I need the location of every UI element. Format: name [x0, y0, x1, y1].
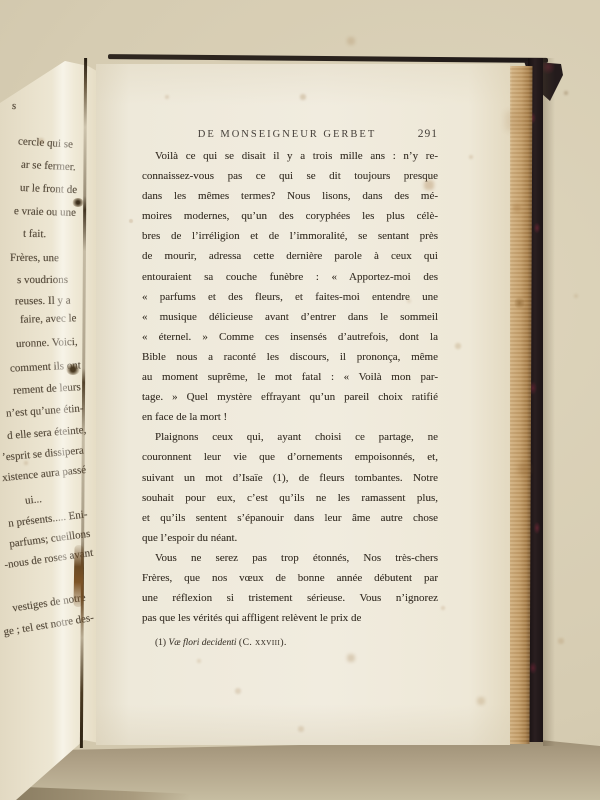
text-line: dans les mêmes termes? Nous lisons, dans…: [142, 186, 438, 206]
left-page-fragment: s voudrions: [17, 274, 68, 286]
footnote-reference: (C. xxviii).: [239, 638, 287, 648]
left-page-fragment: ui...: [25, 493, 43, 507]
left-page-fragment: n présents..... Eni-: [8, 508, 89, 529]
binding-thread-knot: [72, 198, 84, 207]
text-line: entouraient sa couche funèbre : « Apport…: [142, 267, 438, 287]
text-line: « parfums et des fleurs, et faites-moi e…: [142, 287, 438, 307]
left-page-fragment: ur le front de: [20, 182, 78, 196]
left-page-fragment: d elle sera éteinte,: [6, 424, 86, 442]
book-photo-scene: scercle qui sear se fermer.ur le front d…: [0, 0, 600, 800]
binding-stain: [73, 545, 83, 607]
left-page-fragment: uronne. Voici,: [16, 336, 78, 350]
running-head: DE MONSEIGNEUR GERBET 291: [142, 128, 438, 144]
text-line: bres de l’irréligion et de l’immoralité,…: [142, 226, 438, 246]
book-page: DE MONSEIGNEUR GERBET 291 Voilà ce qui s…: [96, 64, 510, 745]
text-line: souhait pour eux, c’est qu’ils ne les ra…: [142, 488, 438, 508]
left-page-fragment: t fait.: [23, 228, 46, 240]
binding-thread-knot: [66, 364, 80, 375]
text-line: couronnent leur vie que d’ornements empo…: [142, 447, 438, 467]
body-text: Voilà ce qui se disait il y a trois mill…: [142, 146, 438, 628]
left-page-fragment: n’est qu’une étin-: [6, 402, 84, 419]
left-page-fragment: ’esprit se dissipera: [2, 444, 85, 463]
text-line: Plaignons ceux qui, ayant choisi ce part…: [142, 427, 438, 447]
text-line: « musique délicieuse avant d’entrer dans…: [142, 307, 438, 327]
text-line: Vous ne serez pas trop étonnés, Nos très…: [142, 548, 438, 568]
text-line: au moment suprême, le mot fatal : « Voil…: [142, 367, 438, 387]
footnote-marker: (1): [155, 638, 166, 648]
text-line: que l’espoir du néant.: [142, 528, 438, 548]
running-title: DE MONSEIGNEUR GERBET: [142, 129, 398, 140]
text-line: suivant un mot d’Isaïe (1), de fleurs to…: [142, 468, 438, 488]
left-page-fragment: cercle qui se: [18, 135, 74, 150]
cover-shadow: [543, 58, 555, 746]
text-line: Frères, que nos vœux de bonne année débu…: [142, 568, 438, 588]
footnote: (1) Væ flori decidenti (C. xxviii).: [142, 638, 451, 648]
text-line: Bible nous a raconté les discours, il pr…: [142, 347, 438, 367]
footnote-latin: Væ flori decidenti: [168, 638, 236, 648]
text-line: Voilà ce qui se disait il y a trois mill…: [142, 146, 438, 166]
text-line: tage. » Quel mystère effrayant qu’un par…: [142, 387, 438, 407]
text-line: moires modernes, qu’un des coryphées les…: [142, 206, 438, 226]
left-page: scercle qui sear se fermer.ur le front d…: [0, 52, 102, 800]
left-page-fragment: Frères, une: [10, 252, 59, 264]
text-line: connaissez-vous pas ce qui se dit toujou…: [142, 166, 438, 186]
left-page-fragment: e vraie ou une: [14, 205, 76, 219]
text-line: pas que les vérités qui affligent relève…: [142, 608, 438, 628]
text-line: et qu’ils sentent s’épanouir dans leur â…: [142, 508, 438, 528]
left-page-fragment: faire, avec le: [19, 312, 76, 325]
left-page-fragment: xistence aura passé: [1, 464, 86, 484]
text-line: en face de la mort !: [142, 407, 438, 427]
left-page-fragment: rement de leurs: [13, 381, 81, 397]
left-page-fragment: reuses. Il y a: [15, 295, 71, 308]
text-line: une réflexion si tristement sérieuse. Vo…: [142, 588, 438, 608]
page-number: 291: [398, 128, 438, 140]
left-page-fragment: s: [11, 100, 16, 112]
text-line: de mourir, adressa cette dernière parole…: [142, 246, 438, 266]
left-page-fragment: ar se fermer.: [21, 159, 76, 174]
text-line: « éternel. » Comme ces insensés d’autref…: [142, 327, 438, 347]
